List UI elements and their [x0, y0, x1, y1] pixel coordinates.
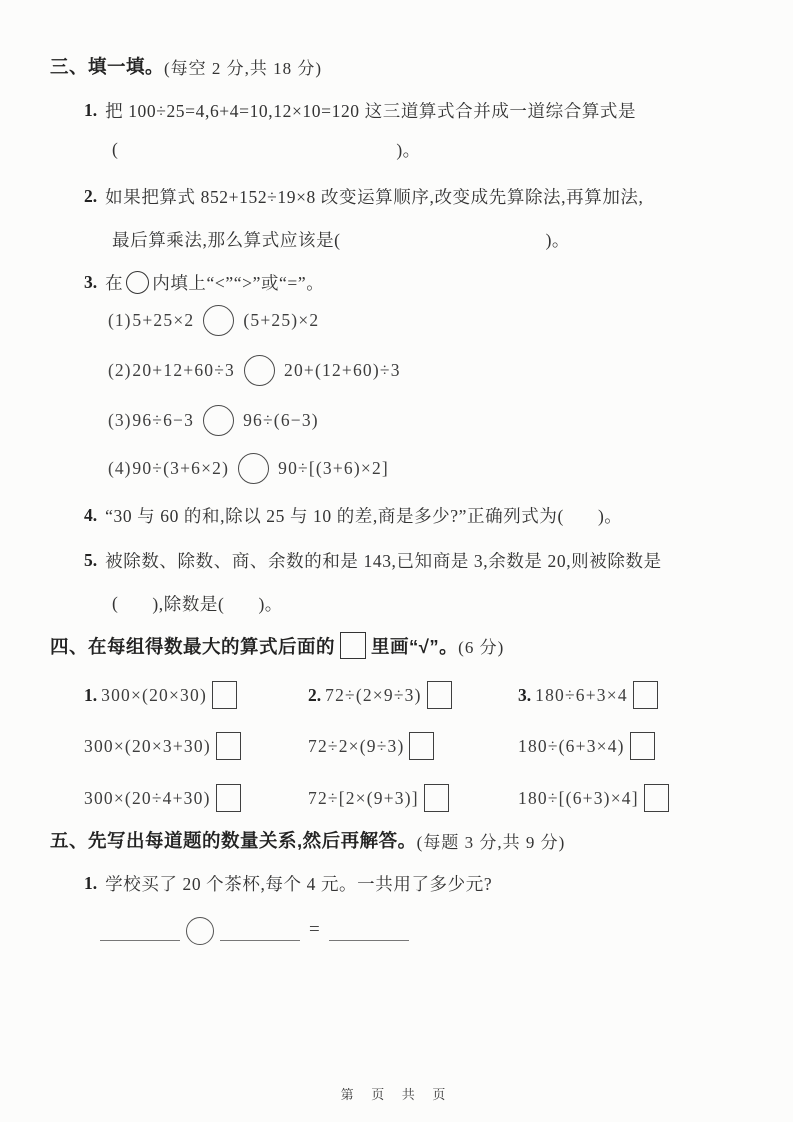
expression: 180÷6+3×4: [535, 685, 628, 706]
q2-answer-space[interactable]: [341, 230, 546, 250]
q3-item-2-label: (2): [108, 360, 131, 381]
section4-row-1: 1. 300×(20×30) 2. 72÷(2×9÷3) 3. 180÷6+3×…: [84, 679, 658, 711]
q3-item-3-label: (3): [108, 410, 131, 431]
answer-checkbox[interactable]: [216, 784, 241, 812]
section4-cell-2-1: 300×(20×3+30): [84, 732, 308, 760]
answer-checkbox[interactable]: [409, 732, 434, 760]
q3-item-2: (2) 20+12+60÷3 20+(12+60)÷3: [108, 352, 401, 388]
section4-heading: 四、在每组得数最大的算式后面的 里画“√”。 (6 分): [50, 632, 504, 659]
expression: 300×(20×3+30): [84, 736, 211, 757]
expression: 180÷[(6+3)×4]: [518, 788, 639, 809]
q3-item-4-label: (4): [108, 458, 131, 479]
q2-text-line2: 最后算乘法,那么算式应该是(: [112, 227, 341, 252]
q1-text: 把 100÷25=4,6+4=10,12×10=120 这三道算式合并成一道综合…: [105, 98, 636, 123]
section4-score: (6 分): [458, 633, 504, 658]
q1-answer-line: ( )。: [112, 137, 421, 162]
q3-item-1-left-expr: 5+25×2: [132, 310, 194, 331]
q4-text: “30 与 60 的和,除以 25 与 10 的差,商是多少?”正确列式为(: [105, 503, 564, 528]
expr-number: 2.: [308, 685, 321, 706]
equation-blank-2[interactable]: [220, 918, 300, 941]
equals-sign: =: [309, 919, 320, 941]
q5-close-paren: )。: [258, 591, 282, 616]
expression: 72÷2×(9÷3): [308, 736, 404, 757]
answer-checkbox[interactable]: [644, 784, 669, 812]
q5-text-line1: 被除数、除数、商、余数的和是 143,已知商是 3,余数是 20,则被除数是: [105, 548, 662, 573]
section4-cell-2-2: 72÷2×(9÷3): [308, 732, 518, 760]
q4-close-paren: )。: [598, 503, 622, 528]
section5-q1: 1. 学校买了 20 个茶杯,每个 4 元。一共用了多少元?: [84, 871, 492, 896]
expression: 72÷[2×(9+3)]: [308, 788, 419, 809]
q3-item-3: (3) 96÷6−3 96÷(6−3): [108, 402, 319, 438]
section4-cell-3-3: 180÷[(6+3)×4]: [518, 784, 669, 812]
section4-cell-1-3: 3. 180÷6+3×4: [518, 681, 658, 709]
section5-score: (每题 3 分,共 9 分): [417, 828, 566, 853]
expression: 300×(20÷4+30): [84, 788, 211, 809]
section5-equation-line: =: [100, 903, 409, 941]
q2-number: 2.: [84, 186, 97, 207]
answer-checkbox[interactable]: [212, 681, 237, 709]
equation-blank-1[interactable]: [100, 918, 180, 941]
q3-text-pre: 在: [105, 270, 123, 295]
q3-number: 3.: [84, 272, 97, 293]
q3-item-3-right-expr: 96÷(6−3): [243, 410, 319, 431]
q3-heading: 3. 在 内填上“<”“>”或“=”。: [84, 270, 324, 295]
equation-operator-circle[interactable]: [186, 917, 214, 945]
q5-answer-space-2[interactable]: [224, 594, 258, 614]
q3-item-4-compare-circle[interactable]: [238, 453, 269, 484]
q3-item-2-compare-circle[interactable]: [244, 355, 275, 386]
q5-answer-space-1[interactable]: [118, 594, 152, 614]
section4-cell-1-1: 1. 300×(20×30): [84, 681, 308, 709]
q3-text-post: 内填上“<”“>”或“=”。: [152, 270, 324, 295]
q3-item-1-label: (1): [108, 310, 131, 331]
section4-row-2: 300×(20×3+30) 72÷2×(9÷3) 180÷(6+3×4): [84, 730, 655, 762]
q1-close-paren: )。: [396, 137, 420, 162]
q3-item-4-left-expr: 90÷(3+6×2): [132, 458, 229, 479]
section4-title-post: 里画“√”。: [371, 633, 458, 659]
q4-number: 4.: [84, 505, 97, 526]
q3-item-3-left-expr: 96÷6−3: [132, 410, 194, 431]
expression: 180÷(6+3×4): [518, 736, 625, 757]
section5-q1-number: 1.: [84, 873, 97, 894]
q4-answer-space[interactable]: [564, 506, 598, 526]
expr-number: 1.: [84, 685, 97, 706]
section5-title: 五、先写出每道题的数量关系,然后再解答。: [50, 827, 417, 853]
q2-close-paren: )。: [546, 227, 570, 252]
q3-item-2-right-expr: 20+(12+60)÷3: [284, 360, 401, 381]
answer-checkbox[interactable]: [424, 784, 449, 812]
section5-heading: 五、先写出每道题的数量关系,然后再解答。(每题 3 分,共 9 分): [50, 827, 565, 853]
worksheet-page: 三、填一填。(每空 2 分,共 18 分) 1. 把 100÷25=4,6+4=…: [0, 0, 793, 1122]
q5-mid-text: ),除数是(: [152, 591, 224, 616]
answer-checkbox[interactable]: [427, 681, 452, 709]
expression: 72÷(2×9÷3): [325, 685, 421, 706]
q2-text-line1: 如果把算式 852+152÷19×8 改变运算顺序,改变成先算除法,再算加法,: [105, 184, 643, 209]
q3-item-4-right-expr: 90÷[(3+6)×2]: [278, 458, 389, 479]
q2-line1: 2. 如果把算式 852+152÷19×8 改变运算顺序,改变成先算除法,再算加…: [84, 184, 644, 209]
q3-item-1-right-expr: (5+25)×2: [243, 310, 319, 331]
section4-cell-3-1: 300×(20÷4+30): [84, 784, 308, 812]
q3-item-1: (1) 5+25×2 (5+25)×2: [108, 302, 319, 338]
expression: 300×(20×30): [101, 685, 207, 706]
section4-cell-3-2: 72÷[2×(9+3)]: [308, 784, 518, 812]
q3-item-3-compare-circle[interactable]: [203, 405, 234, 436]
section3-score: (每空 2 分,共 18 分): [164, 54, 322, 79]
answer-checkbox[interactable]: [633, 681, 658, 709]
section4-cell-1-2: 2. 72÷(2×9÷3): [308, 681, 518, 709]
answer-checkbox[interactable]: [630, 732, 655, 760]
answer-checkbox[interactable]: [216, 732, 241, 760]
checkbox-icon: [340, 632, 366, 659]
section4-title-pre: 四、在每组得数最大的算式后面的: [50, 633, 335, 659]
q5-number: 5.: [84, 550, 97, 571]
section5-q1-text: 学校买了 20 个茶杯,每个 4 元。一共用了多少元?: [105, 871, 492, 896]
expr-number: 3.: [518, 685, 531, 706]
q4-line: 4. “30 与 60 的和,除以 25 与 10 的差,商是多少?”正确列式为…: [84, 503, 622, 528]
page-footer: 第 页 共 页: [0, 1084, 793, 1103]
compare-circle-icon: [126, 271, 149, 294]
q3-item-4: (4) 90÷(3+6×2) 90÷[(3+6)×2]: [108, 450, 389, 486]
section4-cell-2-3: 180÷(6+3×4): [518, 732, 655, 760]
q1-number: 1.: [84, 100, 97, 121]
q3-item-1-compare-circle[interactable]: [203, 305, 234, 336]
q1-line1: 1. 把 100÷25=4,6+4=10,12×10=120 这三道算式合并成一…: [84, 98, 636, 123]
section3-title: 三、填一填。: [50, 53, 164, 79]
section4-row-3: 300×(20÷4+30) 72÷[2×(9+3)] 180÷[(6+3)×4]: [84, 782, 669, 814]
section3-heading: 三、填一填。(每空 2 分,共 18 分): [50, 53, 322, 79]
q1-answer-space[interactable]: [118, 140, 396, 160]
q3-item-2-left-expr: 20+12+60÷3: [132, 360, 235, 381]
equation-blank-3[interactable]: [329, 918, 409, 941]
q2-line2: 最后算乘法,那么算式应该是( )。: [112, 227, 570, 252]
q5-line2: ( ),除数是( )。: [112, 591, 283, 616]
q5-line1: 5. 被除数、除数、商、余数的和是 143,已知商是 3,余数是 20,则被除数…: [84, 548, 662, 573]
